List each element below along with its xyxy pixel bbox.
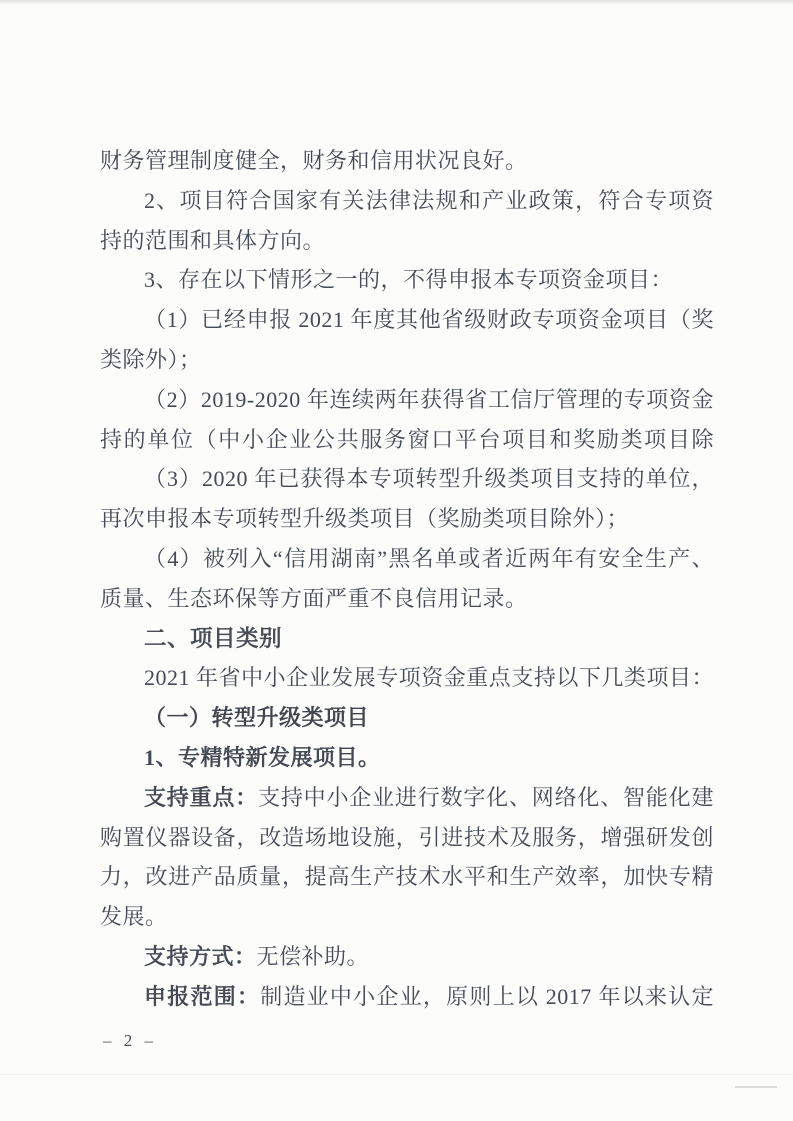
scan-line-artifact <box>0 1074 793 1075</box>
text-line: （4）被列入“信用湖南”黑名单或者近两年有安全生产、产品 <box>100 539 714 579</box>
field-label: 支持方式： <box>144 944 257 969</box>
text-line: 质量、生态环保等方面严重不良信用记录。 <box>100 579 714 619</box>
text-line: 类除外）； <box>100 340 714 380</box>
field-label: 申报范围： <box>144 984 260 1009</box>
text-line: 支持方式：无偿补助。 <box>100 937 714 977</box>
text-line: 支持重点：支持中小企业进行数字化、网络化、智能化建设， <box>100 778 714 818</box>
page-number: – 2 – <box>103 1031 157 1051</box>
text-line: 持的单位（中小企业公共服务窗口平台项目和奖励类项目除外）； <box>100 420 714 460</box>
text-line: 申报范围：制造业中小企业，原则上以 2017 年以来认定的湖 <box>100 977 714 1017</box>
text-line: 购置仪器设备，改造场地设施，引进技术及服务，增强研发创新能 <box>100 818 714 858</box>
subsection-heading: （一）转型升级类项目 <box>100 698 714 738</box>
text-line: 2021 年省中小企业发展专项资金重点支持以下几类项目： <box>100 658 714 698</box>
text-line: 力，改进产品质量，提高生产技术水平和生产效率，加快专精特新 <box>100 857 714 897</box>
text-line: 再次申报本专项转型升级类项目（奖励类项目除外）； <box>100 499 714 539</box>
scan-dash-artifact <box>735 1086 777 1088</box>
text-line: 发展。 <box>100 897 714 937</box>
text-line: （1）已经申报 2021 年度其他省级财政专项资金项目（奖励 <box>100 300 714 340</box>
scan-top-edge-artifact <box>0 0 793 5</box>
field-text: 无偿补助。 <box>257 944 370 969</box>
page-body-text: 财务管理制度健全，财务和信用状况良好。 2、项目符合国家有关法律法规和产业政策，… <box>100 141 714 1017</box>
text-line: 持的范围和具体方向。 <box>100 221 714 261</box>
text-line: 2、项目符合国家有关法律法规和产业政策，符合专项资金支 <box>100 181 714 221</box>
section-heading: 二、项目类别 <box>100 619 714 659</box>
text-line: （3）2020 年已获得本专项转型升级类项目支持的单位，不得 <box>100 459 714 499</box>
text-line: （2）2019-2020 年连续两年获得省工信厅管理的专项资金支 <box>100 380 714 420</box>
text-line: 3、存在以下情形之一的，不得申报本专项资金项目： <box>100 260 714 300</box>
item-heading: 1、专精特新发展项目。 <box>100 738 714 778</box>
field-label: 支持重点： <box>144 785 258 810</box>
document-page: 财务管理制度健全，财务和信用状况良好。 2、项目符合国家有关法律法规和产业政策，… <box>0 0 793 1121</box>
text-line: 财务管理制度健全，财务和信用状况良好。 <box>100 141 714 181</box>
